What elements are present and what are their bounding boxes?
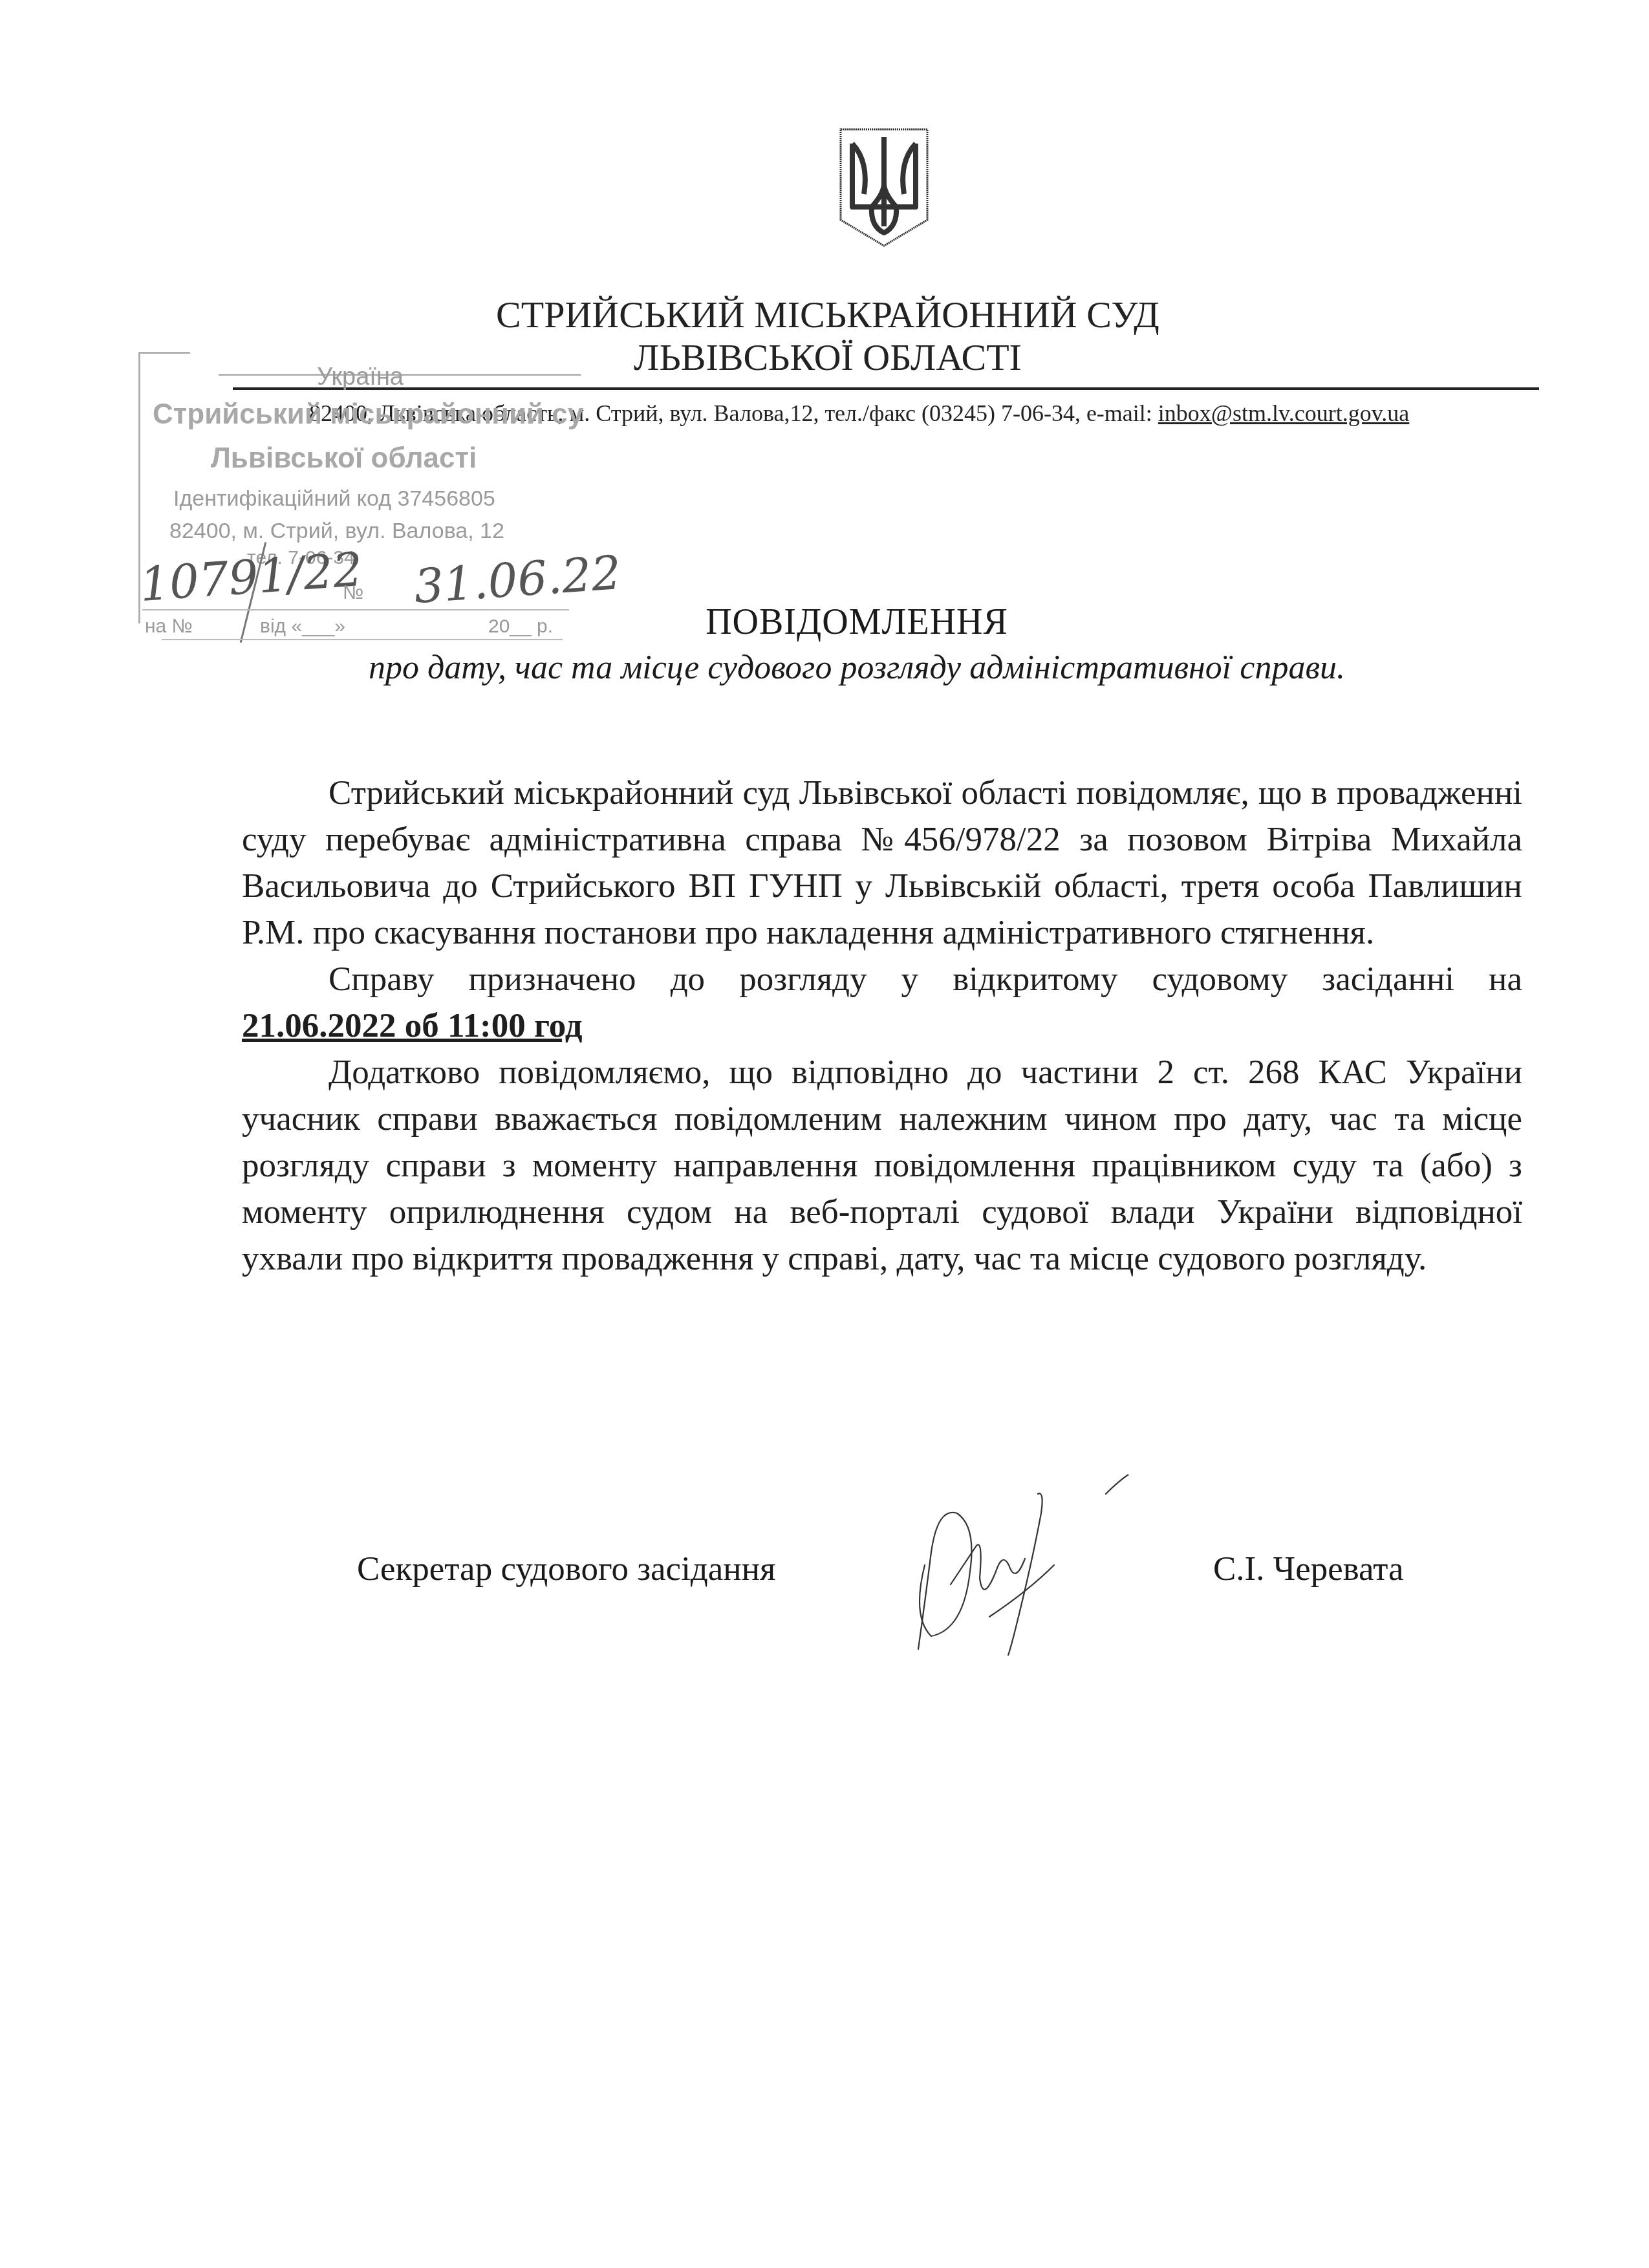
handwritten-signature	[886, 1474, 1209, 1656]
notice-subtitle: про дату, час та місце судового розгляду…	[0, 648, 1649, 688]
registration-stamp: Україна Стрийський міськрайонний су Льві…	[136, 349, 588, 634]
body-paragraph-2: Справу призначено до розгляду у відкрито…	[242, 956, 1522, 1002]
body-paragraph-3: Додатково повідомляємо, що відповідно до…	[242, 1049, 1522, 1282]
notice-title: ПОВІДОМЛЕННЯ	[0, 601, 1649, 643]
stamp-border	[138, 352, 190, 354]
stamp-address: 82400, м. Стрий, вул. Валова, 12	[169, 519, 504, 544]
hearing-datetime: 21.06.2022 об 11:00 год	[242, 1002, 1522, 1049]
hearing-datetime-text: 21.06.2022 об 11:00 год	[242, 1007, 583, 1044]
notice-body: Стрийський міськрайонний суд Львівської …	[242, 770, 1522, 1282]
stamp-court: Стрийський міськрайонний су	[153, 398, 583, 431]
stamp-country: Україна	[317, 363, 404, 391]
stamp-region: Львівської області	[211, 442, 477, 475]
court-name-line1: СТРИЙСЬКИЙ МІСЬКРАЙОННИЙ СУД	[213, 294, 1442, 336]
email-link[interactable]: inbox@stm.lv.court.gov.ua	[1158, 400, 1409, 426]
stamp-id-code: Ідентифікаційний код 37456805	[173, 486, 495, 512]
signatory-role: Секретар судового засідання	[357, 1548, 775, 1590]
signatory-name: С.І. Черевата	[1213, 1548, 1404, 1590]
trident-emblem-icon	[838, 123, 930, 248]
body-paragraph-1: Стрийський міськрайонний суд Львівської …	[242, 770, 1522, 956]
stamp-number-label: №	[343, 582, 363, 604]
